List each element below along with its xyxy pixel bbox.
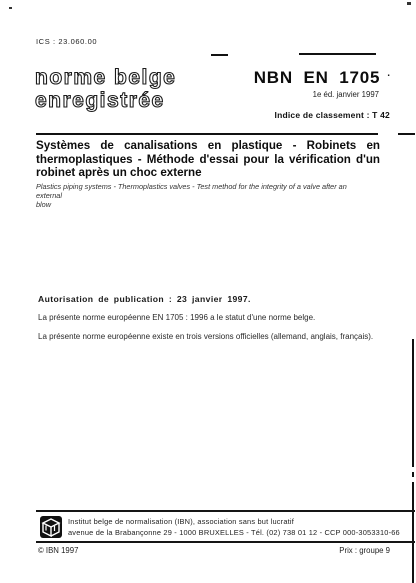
- status-note: La présente norme européenne EN 1705 : 1…: [38, 313, 315, 322]
- scan-artifact: [407, 2, 411, 5]
- scan-artifact: [9, 7, 12, 9]
- header-dash-divider: [211, 54, 228, 56]
- ics-code: ICS : 23.060.00: [36, 37, 97, 46]
- price-group: Prix : groupe 9: [339, 546, 390, 555]
- standard-reference: NBN EN 1705: [254, 68, 381, 88]
- title-rule-end: [398, 133, 415, 135]
- document-type-line2: enregistrée: [35, 89, 176, 112]
- title-en-line1: Plastics piping systems - Thermoplastics…: [36, 182, 374, 200]
- edition-date: 1e éd. janvier 1997: [254, 90, 379, 99]
- title-english: Plastics piping systems - Thermoplastics…: [36, 182, 374, 209]
- document-type-line1: norme belge: [35, 66, 176, 89]
- classification-index: Indice de classement : T 42: [254, 110, 390, 120]
- standard-cover-page: ICS : 23.060.00 norme belge enregistrée …: [0, 0, 416, 583]
- title-en-line2: blow: [36, 200, 374, 209]
- scan-dot-artifact: .: [387, 68, 390, 79]
- versions-note: La présente norme européenne existe en t…: [38, 332, 373, 341]
- header-line-divider: [299, 53, 376, 55]
- title-fr-line2: thermoplastiques - Méthode d'essai pour …: [36, 153, 380, 167]
- title-fr-line1: Systèmes de canalisations en plastique -…: [36, 139, 380, 153]
- footer-address: avenue de la Brabançonne 29 - 1000 BRUXE…: [68, 528, 400, 537]
- reference-block: NBN EN 1705. 1e éd. janvier 1997 Indice …: [254, 68, 390, 120]
- footer-rule-top: [36, 510, 415, 512]
- publication-authorization: Autorisation de publication : 23 janvier…: [38, 294, 251, 304]
- ibn-cube-logo-icon: [40, 515, 62, 539]
- scan-border-line: [412, 472, 414, 477]
- scan-border-line: [412, 339, 414, 467]
- scan-border-line: [412, 482, 414, 583]
- title-french: Systèmes de canalisations en plastique -…: [36, 139, 380, 180]
- copyright-notice: © IBN 1997: [38, 546, 78, 555]
- title-rule: [36, 133, 378, 135]
- footer-rule-bottom: [36, 541, 415, 543]
- title-fr-line3: robinet après un choc externe: [36, 166, 380, 180]
- footer-organization: Institut belge de normalisation (IBN), a…: [68, 517, 294, 526]
- document-type-label: norme belge enregistrée: [35, 66, 176, 112]
